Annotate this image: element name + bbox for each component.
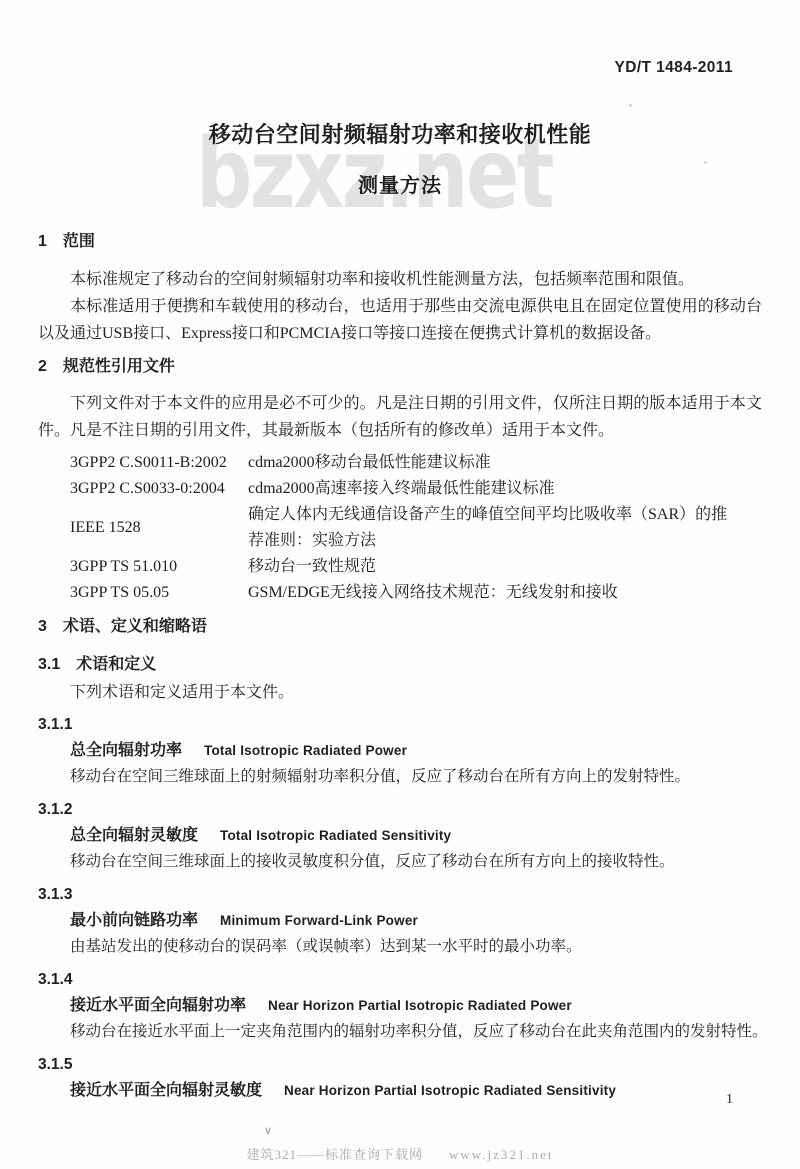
term-cn: 最小前向链路功率	[70, 912, 198, 929]
page-number: 1	[726, 1092, 733, 1108]
term-title: 总全向辐射功率Total Isotropic Radiated Power	[70, 738, 762, 764]
site-footer: 建筑321——标准查询下载网www.jz321.net	[0, 1144, 800, 1163]
section-1-paragraph-1: 本标准规定了移动台的空间射频辐射功率和接收机性能测量方法，包括频率范围和限值。	[38, 266, 762, 293]
term-en: Minimum Forward-Link Power	[220, 913, 418, 928]
term-number: 3.1.1	[38, 712, 762, 738]
scan-check-mark: ∨	[264, 1124, 272, 1137]
footer-site-url: www.jz321.net	[449, 1147, 554, 1162]
term-number: 3.1.3	[38, 882, 762, 908]
document-page: bzxz.net YD/T 1484-2011 移动台空间射频辐射功率和接收机性…	[0, 0, 800, 1169]
term-en: Near Horizon Partial Isotropic Radiated …	[284, 1083, 616, 1098]
term-block: 3.1.4 接近水平面全向辐射功率Near Horizon Partial Is…	[38, 967, 762, 1045]
term-definition: 移动台在空间三维球面上的接收灵敏度积分值，反应了移动台在所有方向上的接收特性。	[38, 849, 762, 875]
term-title: 最小前向链路功率Minimum Forward-Link Power	[70, 908, 762, 934]
section-1-title: 范围	[63, 233, 95, 250]
section-1-number: 1	[38, 233, 47, 250]
term-definition: 由基站发出的使移动台的误码率（或误帧率）达到某一水平时的最小功率。	[38, 934, 762, 960]
section-2-intro: 下列文件对于本文件的应用是必不可少的。凡是注日期的引用文件，仅所注日期的版本适用…	[38, 390, 762, 444]
section-1-heading: 1范围	[38, 231, 762, 253]
term-number: 3.1.2	[38, 797, 762, 823]
doc-number: YD/T 1484-2011	[38, 0, 762, 78]
footer-site-name: 建筑321——标准查询下载网	[246, 1147, 423, 1162]
doc-title-line2: 测量方法	[38, 174, 762, 198]
section-3-title: 术语、定义和缩略语	[63, 618, 207, 635]
term-title: 接近水平面全向辐射功率Near Horizon Partial Isotropi…	[70, 993, 762, 1019]
reference-label: 3GPP2 C.S0011-B:2002	[70, 450, 248, 476]
term-block: 3.1.3 最小前向链路功率Minimum Forward-Link Power…	[38, 882, 762, 960]
page-content: YD/T 1484-2011 移动台空间射频辐射功率和接收机性能 测量方法 1范…	[0, 0, 800, 1104]
section-2-number: 2	[38, 358, 47, 375]
section-3-1-intro: 下列术语和定义适用于本文件。	[38, 681, 762, 705]
term-cn: 接近水平面全向辐射功率	[70, 997, 246, 1014]
section-1-paragraph-2: 本标准适用于便携和车载使用的移动台，也适用于那些由交流电源供电且在固定位置使用的…	[38, 293, 762, 347]
reference-label: 3GPP TS 05.05	[70, 580, 248, 606]
term-en: Near Horizon Partial Isotropic Radiated …	[268, 998, 572, 1013]
section-3-number: 3	[38, 618, 47, 635]
reference-label: IEEE 1528	[70, 515, 248, 541]
term-number: 3.1.5	[38, 1052, 762, 1078]
section-3-heading: 3术语、定义和缩略语	[38, 616, 762, 638]
section-2-title: 规范性引用文件	[63, 358, 175, 375]
doc-title-line1: 移动台空间射频辐射功率和接收机性能	[38, 122, 762, 148]
reference-label: 3GPP2 C.S0033-0:2004	[70, 476, 248, 502]
term-title: 接近水平面全向辐射灵敏度Near Horizon Partial Isotrop…	[70, 1078, 762, 1104]
term-block: 3.1.2 总全向辐射灵敏度Total Isotropic Radiated S…	[38, 797, 762, 875]
term-cn: 接近水平面全向辐射灵敏度	[70, 1082, 262, 1099]
reference-desc: GSM/EDGE无线接入网络技术规范：无线发射和接收	[248, 580, 728, 606]
term-en: Total Isotropic Radiated Power	[204, 743, 407, 758]
reference-desc: 移动台一致性规范	[248, 554, 728, 580]
reference-label: 3GPP TS 51.010	[70, 554, 248, 580]
section-3-1-heading: 3.1术语和定义	[38, 654, 762, 676]
term-block: 3.1.1 总全向辐射功率Total Isotropic Radiated Po…	[38, 712, 762, 790]
reference-desc: 确定人体内无线通信设备产生的峰值空间平均比吸收率（SAR）的推荐准则：实验方法	[248, 502, 728, 554]
term-number: 3.1.4	[38, 967, 762, 993]
section-2-heading: 2规范性引用文件	[38, 356, 762, 378]
term-cn: 总全向辐射功率	[70, 742, 182, 759]
reference-desc: cdma2000高速率接入终端最低性能建议标准	[248, 476, 728, 502]
section-3-1-title: 术语和定义	[76, 656, 156, 673]
reference-desc: cdma2000移动台最低性能建议标准	[248, 450, 728, 476]
term-definition: 移动台在空间三维球面上的射频辐射功率积分值，反应了移动台在所有方向上的发射特性。	[38, 764, 762, 790]
reference-list: 3GPP2 C.S0011-B:2002 cdma2000移动台最低性能建议标准…	[70, 450, 762, 606]
term-definition: 移动台在接近水平面上一定夹角范围内的辐射功率积分值，反应了移动台在此夹角范围内的…	[38, 1019, 762, 1045]
section-3-1-number: 3.1	[38, 656, 60, 673]
term-title: 总全向辐射灵敏度Total Isotropic Radiated Sensiti…	[70, 823, 762, 849]
term-en: Total Isotropic Radiated Sensitivity	[220, 828, 451, 843]
term-block: 3.1.5 接近水平面全向辐射灵敏度Near Horizon Partial I…	[38, 1052, 762, 1104]
term-cn: 总全向辐射灵敏度	[70, 827, 198, 844]
